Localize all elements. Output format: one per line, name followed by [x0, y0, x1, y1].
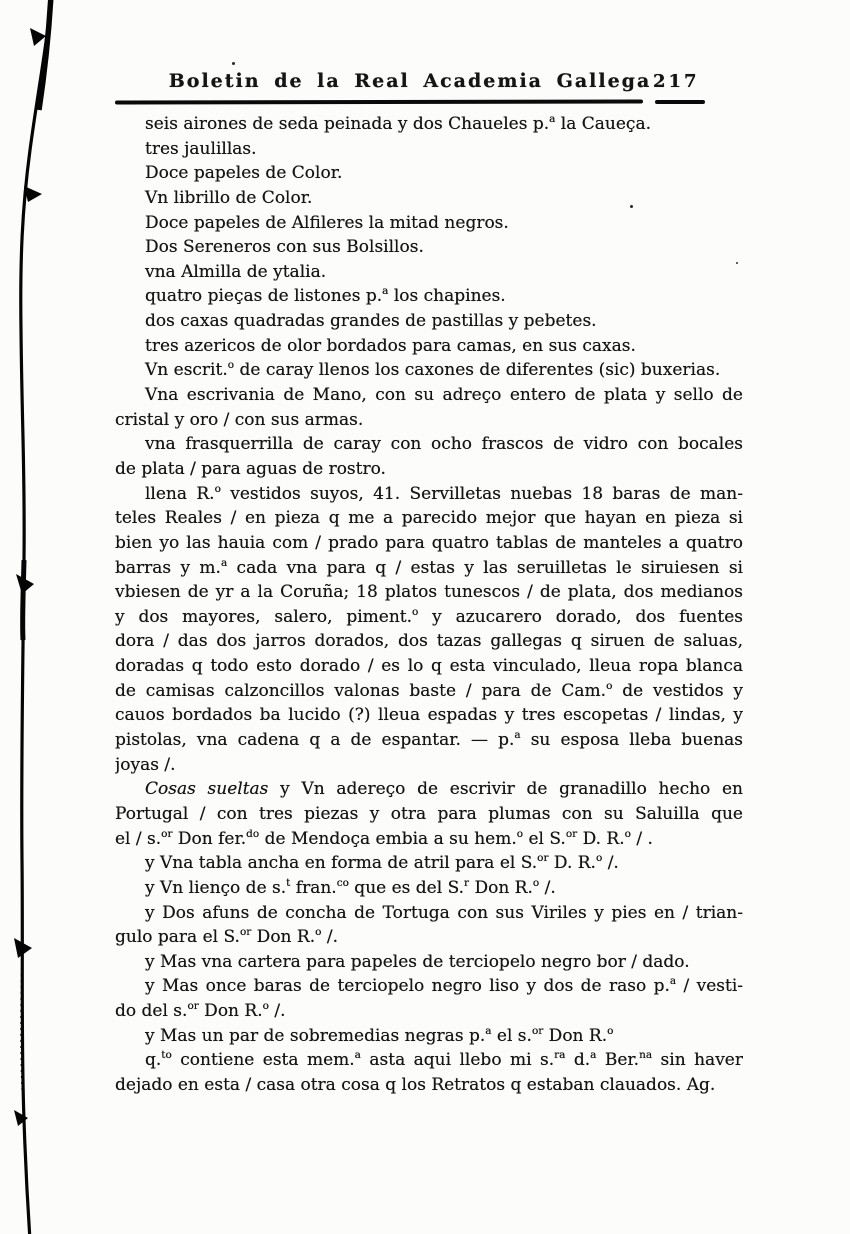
text-line: barras y m.a cada vna para q / estas y l… — [115, 556, 743, 581]
text-line: Vna escrivania de Mano, con su adreço en… — [115, 383, 743, 408]
text-line: y Dos afuns de concha de Tortuga con sus… — [115, 901, 743, 926]
journal-title: Boletin de la Real Academia Gallega — [96, 70, 724, 92]
text-line: tres azericos de olor bordados para cama… — [115, 334, 743, 359]
text-line: de plata / para aguas de rostro. — [115, 457, 743, 482]
text-line: Portugal / con tres piezas y otra para p… — [115, 802, 743, 827]
text-line: el / s.or Don fer.do de Mendoça embia a … — [115, 827, 743, 852]
text-line: teles Reales / en pieza q me a parecido … — [115, 506, 743, 531]
text-line: vna frasquerrilla de caray con ocho fras… — [115, 432, 743, 457]
text-line: vna Almilla de ytalia. — [115, 260, 743, 285]
text-line: joyas /. — [115, 753, 743, 778]
page-body: seis airones de seda peinada y dos Chaue… — [115, 112, 743, 1098]
text-line: tres jaulillas. — [115, 137, 743, 162]
scanned-page: Boletin de la Real Academia Gallega 217 … — [0, 0, 850, 1234]
header-rule — [115, 100, 743, 104]
page-number: 217 — [653, 71, 700, 92]
text-line: Doce papeles de Alfileres la mitad negro… — [115, 211, 743, 236]
text-line: dos caxas quadradas grandes de pastillas… — [115, 309, 743, 334]
text-line: Vn librillo de Color. — [115, 186, 743, 211]
text-line: do del s.or Don R.o /. — [115, 999, 743, 1024]
text-line: dora / das dos jarros dorados, dos tazas… — [115, 629, 743, 654]
text-line: bien yo las hauia com / prado para quatr… — [115, 531, 743, 556]
text-line: dejado en esta / casa otra cosa q los Re… — [115, 1073, 743, 1098]
header-rule-main-segment — [115, 99, 643, 104]
text-line: Dos Sereneros con sus Bolsillos. — [115, 235, 743, 260]
text-line: vbiesen de yr a la Coruña; 18 platos tun… — [115, 580, 743, 605]
header-rule-right-segment — [655, 100, 705, 104]
text-line: q.to contiene esta mem.a asta aqui llebo… — [115, 1048, 743, 1073]
text-line: Doce papeles de Color. — [115, 161, 743, 186]
text-line: pistolas, vna cadena q a de espantar. — … — [115, 728, 743, 753]
text-line: seis airones de seda peinada y dos Chaue… — [115, 112, 743, 137]
text-line: y Vna tabla ancha en forma de atril para… — [115, 851, 743, 876]
text-line: doradas q todo esto dorado / es lo q est… — [115, 654, 743, 679]
text-line: Vn escrit.o de caray llenos los caxones … — [115, 358, 743, 383]
text-line: gulo para el S.or Don R.o /. — [115, 925, 743, 950]
text-line: y dos mayores, salero, piment.o y azucar… — [115, 605, 743, 630]
binding-edge-artifact — [0, 0, 70, 1234]
text-line: y Mas un par de sobremedias negras p.a e… — [115, 1024, 743, 1049]
text-line: Cosas sueltas y Vn adereço de escrivir d… — [115, 777, 743, 802]
text-line: quatro pieças de listones p.a los chapin… — [115, 284, 743, 309]
text-line: llena R.o vestidos suyos, 41. Servilleta… — [115, 482, 743, 507]
text-line: y Mas vna cartera para papeles de tercio… — [115, 950, 743, 975]
scan-noise-dot — [232, 62, 235, 65]
text-line: y Mas once baras de terciopelo negro lis… — [115, 974, 743, 999]
text-line: cauos bordados ba lucido (?) lleua espad… — [115, 703, 743, 728]
text-line: cristal y oro / con sus armas. — [115, 408, 743, 433]
text-line: de camisas calzoncillos valonas baste / … — [115, 679, 743, 704]
text-line: y Vn lienço de s.t fran.co que es del S.… — [115, 876, 743, 901]
page-header: Boletin de la Real Academia Gallega 217 — [115, 70, 743, 92]
